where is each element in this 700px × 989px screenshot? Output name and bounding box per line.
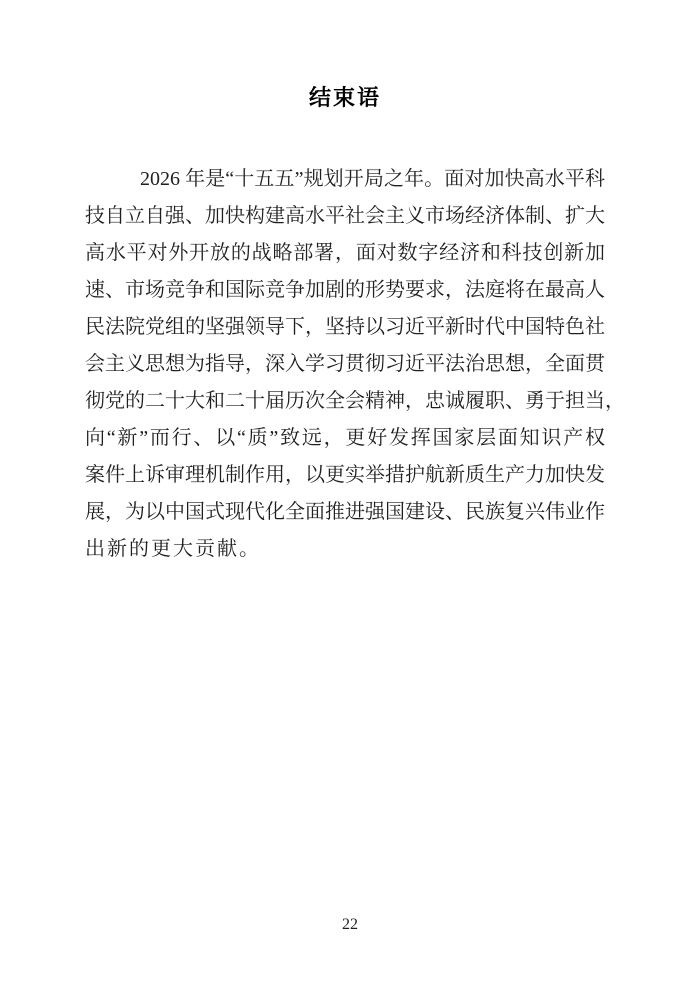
paragraph-line: 向“新”而行、以“质”致远，更好发挥国家层面知识产权 xyxy=(85,420,605,457)
paragraph-line: 速、市场竞争和国际竞争加剧的形势要求，法庭将在最高人 xyxy=(85,272,605,309)
paragraph-line: 展，为以中国式现代化全面推进强国建设、民族复兴伟业作 xyxy=(85,494,605,531)
paragraph-line: 会主义思想为指导，深入学习贯彻习近平法治思想，全面贯 xyxy=(85,346,605,383)
paragraph-line: 彻党的二十大和二十届历次全会精神，忠诚履职、勇于担当， xyxy=(85,383,605,420)
page-title: 结束语 xyxy=(85,84,605,112)
paragraph-line: 民法院党组的坚强领导下，坚持以习近平新时代中国特色社 xyxy=(85,309,605,346)
paragraph-line: 高水平对外开放的战略部署，面对数字经济和科技创新加 xyxy=(85,235,605,272)
page-number: 22 xyxy=(0,913,700,937)
paragraph-line: 技自立自强、加快构建高水平社会主义市场经济体制、扩大 xyxy=(85,198,605,235)
document-page: 结束语 2026 年是“十五五”规划开局之年。面对加快高水平科 技自立自强、加快… xyxy=(0,0,700,989)
paragraph-line: 2026 年是“十五五”规划开局之年。面对加快高水平科 xyxy=(85,161,605,198)
conclusion-paragraph: 2026 年是“十五五”规划开局之年。面对加快高水平科 技自立自强、加快构建高水… xyxy=(85,161,605,568)
paragraph-line: 案件上诉审理机制作用，以更实举措护航新质生产力加快发 xyxy=(85,457,605,494)
paragraph-line: 出新的更大贡献。 xyxy=(85,531,605,568)
